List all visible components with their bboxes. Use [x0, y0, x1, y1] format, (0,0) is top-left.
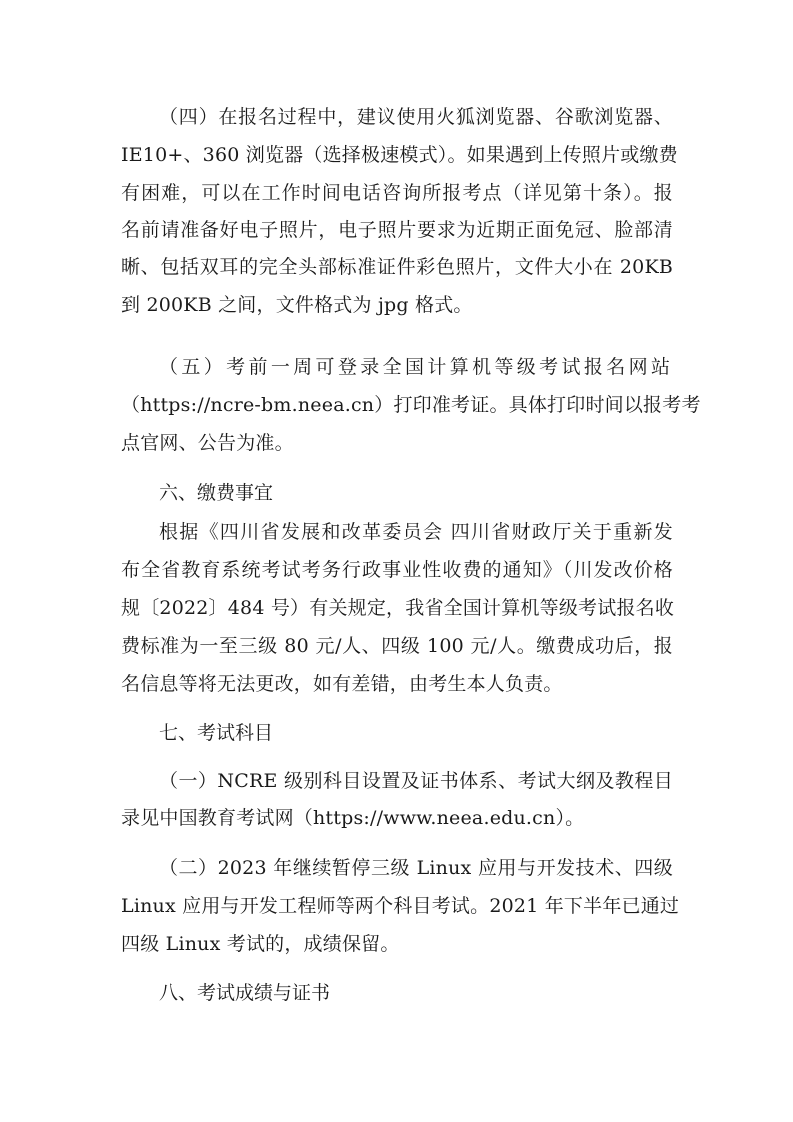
- text-line: 名前请准备好电子照片，电子照片要求为近期正面免冠、脸部清: [121, 218, 673, 242]
- text-line: 有困难，可以在工作时间电话咨询所报考点（详见第十条）。报: [121, 181, 673, 205]
- text-line: （一）NCRE 级别科目设置及证书体系、考试大纲及教程目: [159, 769, 673, 793]
- text-line: （五）考前一周可登录全国计算机等级考试报名网站: [159, 355, 673, 379]
- text-line: 布全省教育系统考试考务行政事业性收费的通知》（川发改价格: [121, 558, 673, 582]
- text-line: 点官网、公告为准。: [121, 431, 673, 455]
- text-line: 晰、包括双耳的完全头部标准证件彩色照片，文件大小在 20KB: [121, 255, 673, 279]
- text-line: 四级 Linux 考试的，成绩保留。: [121, 932, 673, 956]
- section-heading-fees: 六、缴费事宜: [159, 481, 273, 505]
- text-line: （https://ncre-bm.neea.cn）打印准考证。具体打印时间以报考…: [121, 393, 673, 417]
- text-line: Linux 应用与开发工程师等两个科目考试。2021 年下半年已通过: [121, 894, 673, 918]
- text-line: IE10+、360 浏览器（选择极速模式）。如果遇到上传照片或缴费: [121, 143, 673, 167]
- text-line: 规〔2022〕484 号）有关规定，我省全国计算机等级考试报名收: [121, 596, 673, 620]
- text-line: 到 200KB 之间，文件格式为 jpg 格式。: [121, 293, 673, 317]
- text-line: 名信息等将无法更改，如有差错，由考生本人负责。: [121, 672, 673, 696]
- section-heading-subjects: 七、考试科目: [159, 721, 273, 745]
- text-line: 费标准为一至三级 80 元/人、四级 100 元/人。缴费成功后，报: [121, 634, 673, 658]
- text-line: （二）2023 年继续暂停三级 Linux 应用与开发技术、四级: [159, 856, 673, 880]
- text-line: （四）在报名过程中，建议使用火狐浏览器、谷歌浏览器、: [159, 105, 673, 129]
- text-line: 根据《四川省发展和改革委员会 四川省财政厅关于重新发: [159, 520, 673, 544]
- text-line: 录见中国教育考试网（https://www.neea.edu.cn）。: [121, 806, 673, 830]
- document-page: （四）在报名过程中，建议使用火狐浏览器、谷歌浏览器、 IE10+、360 浏览器…: [0, 0, 793, 1122]
- section-heading-scores-certificates: 八、考试成绩与证书: [159, 981, 330, 1005]
